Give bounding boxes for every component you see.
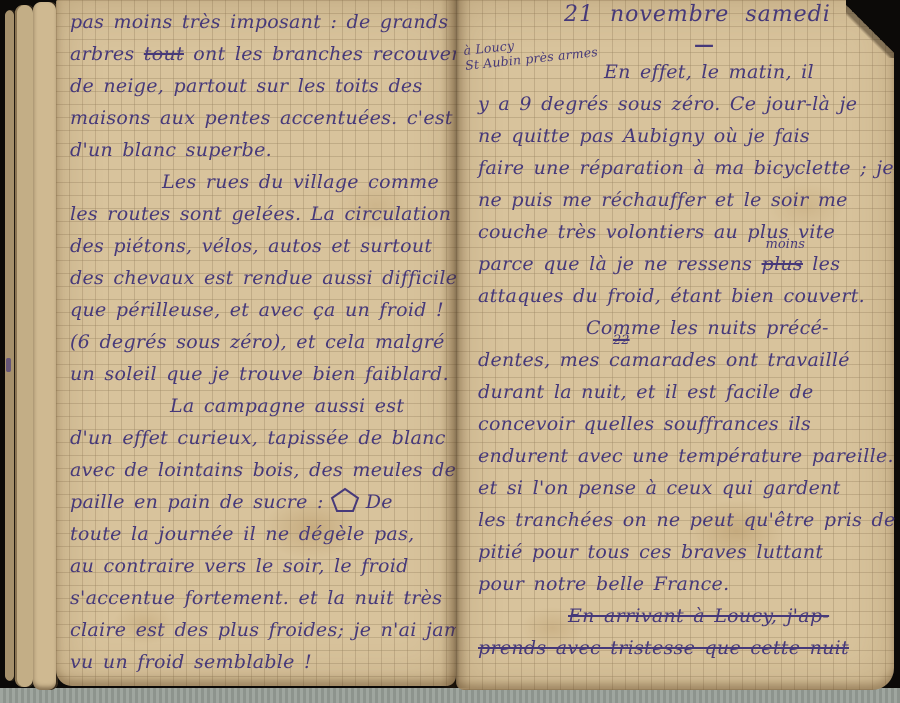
ink-mark <box>6 358 11 372</box>
line-segment: parce que là je ne ressens <box>478 253 762 275</box>
page-edge-stack <box>15 5 35 687</box>
struck-word: tout <box>144 43 184 65</box>
heading-dash: — <box>694 32 714 56</box>
manuscript-line: avec de lointains bois, des meules de <box>70 454 454 486</box>
manuscript-line: concevoir quelles souffrances ils <box>478 408 892 440</box>
folded-corner <box>846 0 894 58</box>
manuscript-line: maisons aux pentes accentuées. c'est <box>70 102 454 134</box>
manuscript-line: (6 degrés sous zéro), et cela malgré <box>70 326 454 358</box>
manuscript-line: parce que là je ne ressens moinsplus les <box>478 248 892 280</box>
manuscript-line: claire est des plus froides; je n'ai jam… <box>70 614 454 646</box>
notebook-photo: pas moins très imposant : de grands arbr… <box>0 0 900 703</box>
manuscript-line: arbres tout ont les branches recouvertes <box>70 38 454 70</box>
manuscript-line-struck: En arrivant à Loucy, j'ap- <box>478 600 892 632</box>
manuscript-line: au contraire vers le soir, le froid <box>70 550 454 582</box>
manuscript-line: couche très volontiers au plus vite <box>478 216 892 248</box>
line-segment: De <box>366 491 393 513</box>
manuscript-line: toute la journée il ne dégèle pas, <box>70 518 454 550</box>
manuscript-line: durant la nuit, et il est facile de <box>478 376 892 408</box>
manuscript-line: pitié pour tous ces braves luttant <box>478 536 892 568</box>
manuscript-line: de neige, partout sur les toits des <box>70 70 454 102</box>
struck-number: 22 <box>613 334 630 347</box>
line-segment: ont les branches recouvertes <box>184 43 490 65</box>
manuscript-line: s'accentue fortement. et la nuit très <box>70 582 454 614</box>
manuscript-line: que périlleuse, et avec ça un froid ! <box>70 294 454 326</box>
page-edge-stack <box>33 2 58 690</box>
struck-word: plus <box>762 253 803 275</box>
right-page-text: En effet, le matin, il y a 9 degrés sous… <box>478 56 892 664</box>
line-segment: les <box>803 253 840 275</box>
manuscript-line: ne puis me réchauffer et le soir me <box>478 184 892 216</box>
pentagon-icon <box>330 487 360 513</box>
manuscript-line: vu un froid semblable ! <box>70 646 454 678</box>
entry-date-heading: 21 novembre samedi <box>564 2 864 27</box>
inserted-word: moins <box>766 238 805 251</box>
manuscript-line: et si l'on pense à ceux qui gardent <box>478 472 892 504</box>
manuscript-line: paille en pain de sucre :De <box>70 486 454 518</box>
manuscript-line: un soleil que je trouve bien faiblard. <box>70 358 454 390</box>
manuscript-line-struck: prends avec tristesse que cette nuit <box>478 632 892 664</box>
table-surface <box>0 688 900 703</box>
manuscript-line: faire une réparation à ma bicyclette ; j… <box>478 152 892 184</box>
manuscript-line: endurent avec une température pareille. <box>478 440 892 472</box>
manuscript-line: En effet, le matin, il <box>478 56 892 88</box>
manuscript-line: attaques du froid, étant bien couvert. <box>478 280 892 312</box>
manuscript-line: Comme les nuits précé- <box>478 312 892 344</box>
manuscript-line: des chevaux est rendue aussi difficile <box>70 262 454 294</box>
manuscript-line: pour notre belle France. <box>478 568 892 600</box>
manuscript-line: dentes, mes 22camarades ont travaillé <box>478 344 892 376</box>
left-page: pas moins très imposant : de grands arbr… <box>56 0 456 686</box>
manuscript-line: y a 9 degrés sous zéro. Ce jour-là je <box>478 88 892 120</box>
manuscript-line: Les rues du village comme <box>70 166 454 198</box>
manuscript-line: d'un blanc superbe. <box>70 134 454 166</box>
manuscript-line: les tranchées on ne peut qu'être pris de <box>478 504 892 536</box>
manuscript-line: d'un effet curieux, tapissée de blanc <box>70 422 454 454</box>
manuscript-line: La campagne aussi est <box>70 390 454 422</box>
left-page-text: pas moins très imposant : de grands arbr… <box>70 6 454 678</box>
manuscript-line: pas moins très imposant : de grands <box>70 6 454 38</box>
line-segment: dentes, mes <box>478 349 609 371</box>
manuscript-line: des piétons, vélos, autos et surtout <box>70 230 454 262</box>
manuscript-line: les routes sont gelées. La circulation <box>70 198 454 230</box>
line-segment: camarades ont travaillé <box>609 349 850 371</box>
manuscript-line: ne quitte pas Aubigny où je fais <box>478 120 892 152</box>
line-segment: paille en pain de sucre : <box>70 491 324 513</box>
line-segment: arbres <box>70 43 144 65</box>
right-page: 21 novembre samedi — à Loucy St Aubin pr… <box>456 0 894 690</box>
